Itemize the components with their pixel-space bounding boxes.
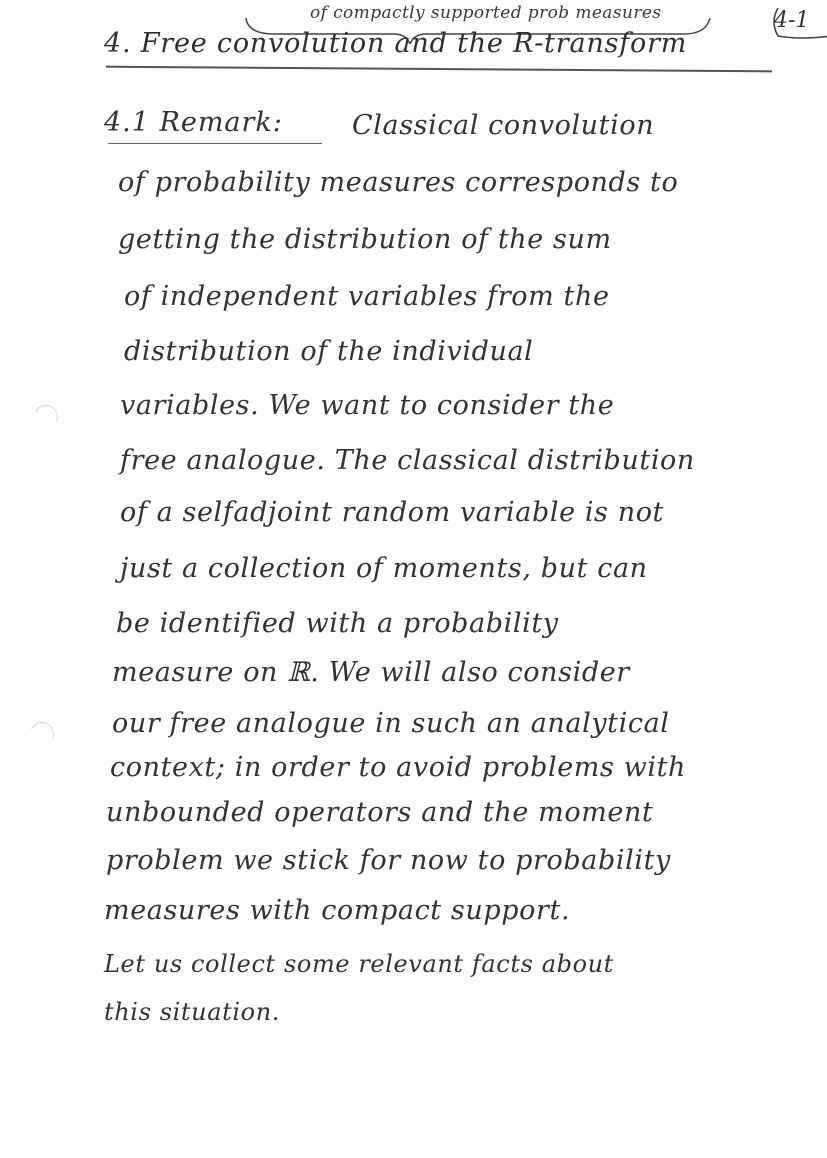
punch-hole-mark — [31, 402, 62, 433]
heading-underline — [106, 66, 772, 73]
punch-hole-mark — [27, 719, 58, 750]
body-line: Classical convolution — [352, 110, 654, 141]
page-number-bracket-icon — [770, 6, 827, 42]
body-line: be identified with a probability — [116, 608, 559, 639]
body-line: measures with compact support. — [104, 895, 570, 926]
body-line: variables. We want to consider the — [120, 390, 614, 421]
body-line: getting the distribution of the sum — [118, 224, 612, 255]
body-line: of probability measures corresponds to — [118, 167, 678, 198]
remark-label: 4.1 Remark: — [104, 107, 283, 138]
closing-line: Let us collect some relevant facts about — [104, 950, 614, 978]
body-line: free analogue. The classical distributio… — [120, 445, 695, 476]
body-line: context; in order to avoid problems with — [110, 752, 686, 783]
closing-line: this situation. — [104, 998, 280, 1026]
section-heading: 4. Free convolution and the R-transform — [104, 28, 687, 59]
body-line: distribution of the individual — [124, 336, 533, 367]
body-line: measure on ℝ. We will also consider — [112, 657, 630, 688]
body-line: just a collection of moments, but can — [120, 553, 648, 584]
body-line: our free analogue in such an analytical — [112, 708, 670, 739]
body-line: unbounded operators and the moment — [106, 797, 653, 828]
body-line: of a selfadjoint random variable is not — [120, 497, 664, 528]
body-line: problem we stick for now to probability — [106, 845, 671, 876]
body-line: of independent variables from the — [124, 281, 610, 312]
remark-underline — [108, 143, 322, 144]
handwritten-page: 4-1 of compactly supported prob measures… — [0, 0, 827, 1158]
